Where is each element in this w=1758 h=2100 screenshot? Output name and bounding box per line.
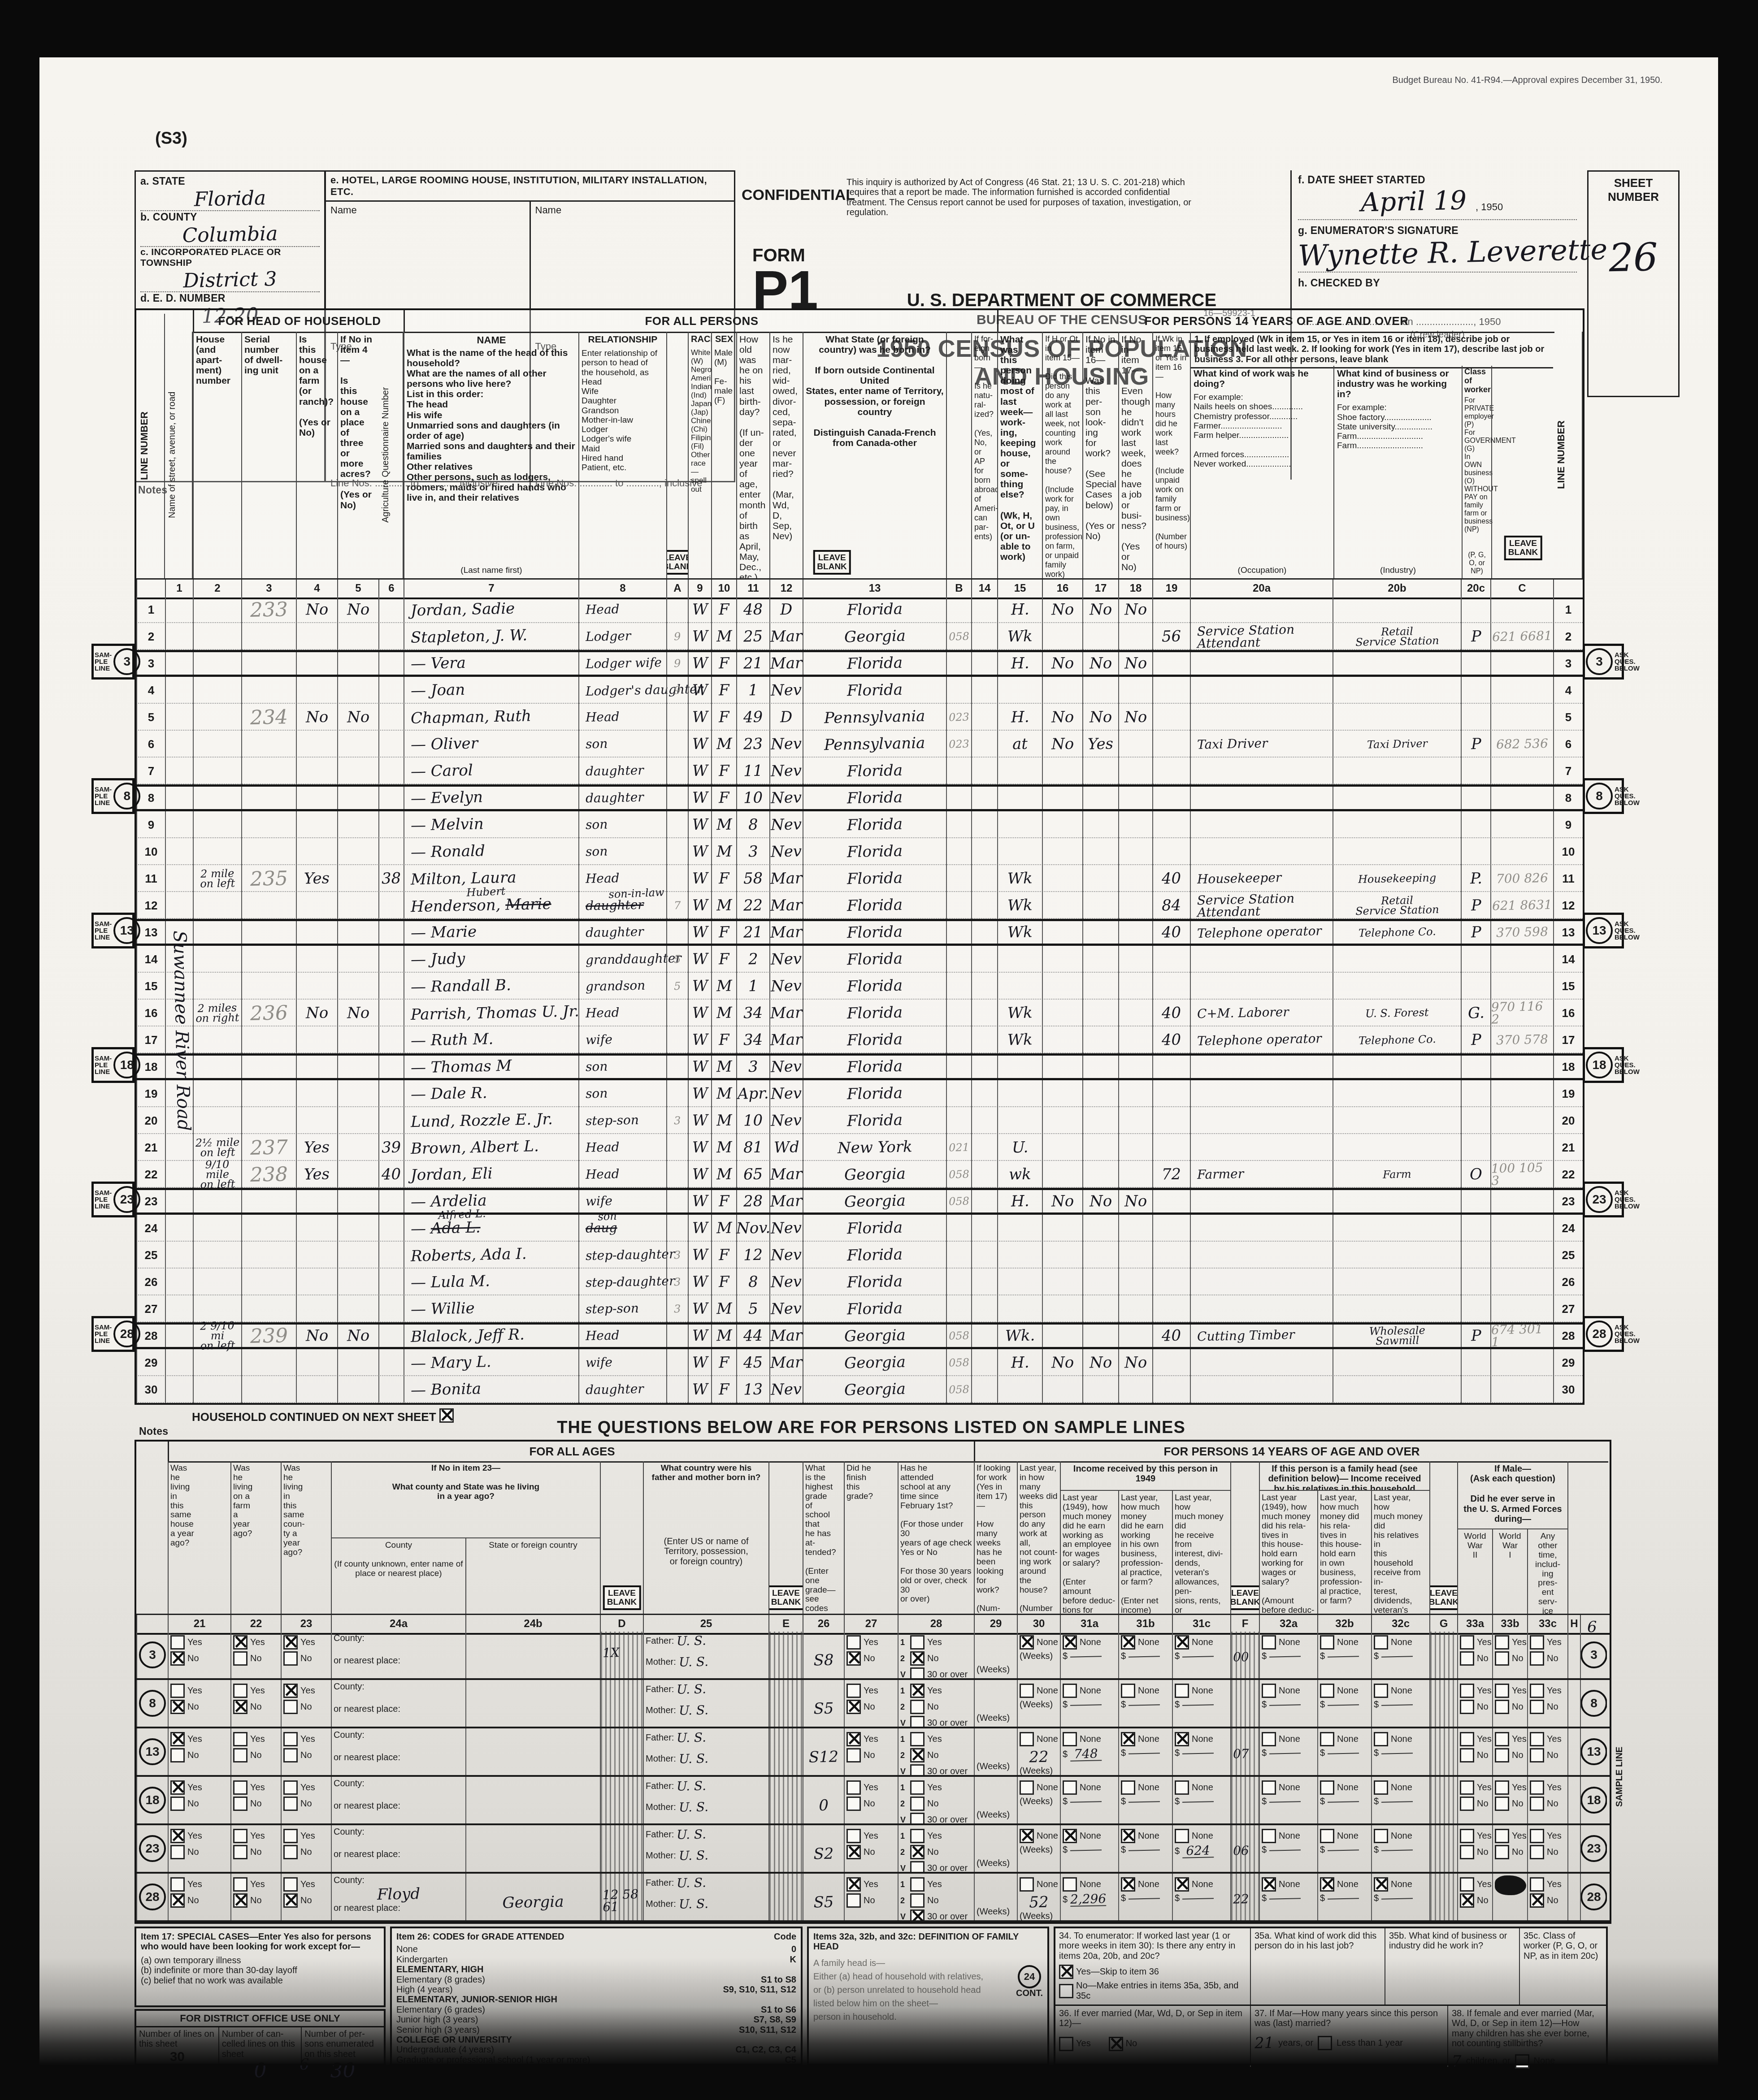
county-label: County: [334,1633,464,1643]
sample-col-f: LEAVE BLANK [1230,1461,1259,1614]
sample-row-number: 18 [1580,1787,1607,1814]
sample-cell-c28: 1Yes2NoV30 or over [898,1825,974,1872]
cell-nat [971,1269,997,1295]
checkbox-none [1175,1829,1189,1843]
checkbox-no [170,1893,185,1908]
nearest-label: or nearest place: [334,1849,464,1859]
column-number: 6 [378,580,404,598]
cell-w15: Wk [997,865,1042,892]
dollar-sign: $ [1374,1651,1379,1662]
cell-nat [971,811,997,838]
cell-w18: No [1118,704,1152,731]
option-no: 2No [900,1651,972,1666]
race-value: W [692,1246,708,1264]
sample-cell-c26: S12 [803,1728,844,1775]
option-yes: Yes [1460,1684,1490,1698]
cell-race: W [688,1190,711,1212]
option-yes: Yes [170,1732,229,1746]
sample-25-q: What country were his father and mother … [646,1464,767,1483]
district-office-box: FOR DISTRICT OFFICE USE ONLY Number of l… [135,2009,386,2065]
name-value: Roberts, Ada I. [411,1245,527,1265]
district-col-label: Number of per-sons enumerated on this sh… [304,2029,381,2059]
leave-blank-e: LEAVE BLANK [768,1585,803,1610]
cell-w18 [1118,1295,1152,1322]
sample-col-32c: Last year, how much money did his relati… [1371,1490,1429,1614]
serial-value: 234 [250,706,288,729]
option-no: No [233,1748,279,1762]
option-yes: Yes [283,1829,329,1843]
leave-blank-d-value: 1X [603,1646,642,1659]
table-row: 17— Ruth M.wifeWF34MarFloridaWk40Telepho… [136,1026,1583,1053]
table-row: 10— RonaldsonWM3NevFlorida10 [136,838,1583,865]
cell-mar: Nev [769,1376,803,1403]
option-label: No [187,1847,199,1858]
office-code: 970 116 2 [1491,1000,1553,1026]
county-label: County: [334,1682,464,1692]
dollar-sign: $ [1320,1651,1325,1662]
column-number: 1 [165,580,193,598]
cell-w16: No [1042,1190,1082,1212]
line-number-value: 28 [145,1329,158,1343]
cell-house [193,838,241,865]
money-line: $ [1262,1748,1315,1758]
w15-value: H. [1011,708,1029,727]
option-label: None [1391,1637,1412,1648]
cell-b: 021 [946,1134,971,1161]
dollar-sign: $ [1374,1748,1379,1758]
job-note: 1. If employed (Wk in item 15, or Yes in… [1191,332,1553,368]
option-none: None [1175,1780,1228,1795]
table-row: 26— Lula M.step-daughter3WF8NevFlorida26 [136,1269,1583,1295]
cell-hours: 56 [1152,623,1190,650]
option-prefix: 1 [900,1638,907,1647]
b-code: 023 [949,712,969,722]
cell-street [165,787,193,809]
cell-name: — Bonita [404,1376,578,1403]
mother-label: Mother: [646,1754,676,1764]
born-value: Georgia [844,1165,906,1184]
w17-value: No [1089,1353,1112,1372]
money-line: $ [1320,1845,1369,1855]
sample-column-number: 27 [844,1615,898,1633]
checkbox-yes [1460,1732,1474,1746]
option-no: No [1460,1893,1490,1908]
armed-forces-group: If Male— (Ask each question) Did he ever… [1460,1464,1566,1524]
race-value: W [692,1273,708,1291]
money-line: $2,296 [1063,1893,1116,1906]
option-no: No [1460,1748,1490,1762]
cell-lnr: 11 [1553,865,1583,892]
dollar-sign: $ [1175,1797,1180,1807]
option-label: Yes [1547,1686,1562,1696]
cell-w15 [997,1080,1042,1107]
ag-value: 39 [382,1139,401,1157]
cell-b: 058 [946,1325,971,1347]
option-yes: Yes [1460,1780,1490,1795]
cell-rel: son [578,731,666,758]
cell-farm [296,973,337,1000]
weeks-label: (Weeks) [977,1665,1015,1675]
checkbox-none [1121,1684,1135,1698]
mar-value: Mar [770,654,803,672]
option-label: Yes [927,1686,942,1696]
office-code: 700 826 [1496,872,1548,885]
cell-house: 2 9/10 mi on left [193,1325,241,1347]
cell-b: 058 [946,623,971,650]
age-value: 8 [748,1273,758,1291]
hours-value: 40 [1162,1004,1181,1022]
ed-label: d. E. D. NUMBER [140,292,320,304]
cell-house: 2 miles on right [193,1000,241,1026]
sample-row-number: 13 [139,1738,166,1765]
name-value: — Bonita [411,1380,482,1399]
grade-code-label: High (4 years) [396,1985,453,1995]
checkbox-no [1530,1700,1544,1714]
money-value [1381,1898,1413,1899]
sample-cell-c31a: None$2,296 [1060,1874,1118,1920]
money-value [1182,1704,1214,1706]
option-yes: Yes [846,1732,896,1746]
cell-cls [1461,1190,1490,1212]
option-label: Yes [187,1879,202,1890]
nearest-label: or nearest place: [334,1801,464,1811]
sample-cell-c29: (Weeks) [974,1680,1017,1727]
acres-value: No [347,1004,369,1022]
cell-w17 [1082,921,1118,944]
cell-farm: No [296,1000,337,1026]
cell-serial [241,652,296,675]
cell-lnr: 10 [1553,838,1583,865]
cell-w17 [1082,1107,1118,1134]
mar-value: Mar [770,1165,803,1183]
cell-hours: 40 [1152,1325,1190,1347]
col-line-number-right: LINE NUMBER [1553,332,1583,578]
line-number-value: 18 [145,1060,158,1074]
line-number-value: 6 [148,737,154,751]
cell-acres [337,677,378,704]
cell-nat [971,865,997,892]
grade-code-value: S7, S8, S9 [753,2015,796,2025]
cell-a: 9 [666,677,688,704]
checkbox-yes [170,1829,185,1843]
cell-b [946,973,971,1000]
cell-w16: No [1042,704,1082,731]
option-label: Yes [864,1783,878,1793]
line-number-value: 24 [1562,1221,1575,1235]
hours-value: 40 [1162,1327,1181,1345]
born-value: Florida [847,654,903,673]
grade-code-label: None [396,1944,418,1954]
column-number: 15 [997,580,1042,598]
race-value: W [692,1219,708,1238]
sample-cell-c27: YesNo [844,1680,898,1727]
cell-rel: son [578,1080,666,1107]
cell-mar: Wd [769,1134,803,1161]
age-value: 44 [743,1327,763,1345]
cell-w16 [1042,1134,1082,1161]
money-value [1269,1753,1301,1754]
sample-cell-g [1429,1728,1457,1775]
cell-hours [1152,946,1190,973]
checkbox-yes [846,1780,861,1795]
sample-row-number: 3 [1580,1641,1607,1668]
table-row: 6— OliversonWM23NevPennsylvania023atNoYe… [136,731,1583,758]
line-number-value: 1 [148,603,154,617]
table-row: 9— MelvinsonWM8NevFlorida9 [136,811,1583,838]
cell-code: 370 578 [1490,1026,1553,1053]
cell-serial [241,1026,296,1053]
sample-cell-f: 00 [1230,1632,1259,1678]
option-none: None [1374,1829,1428,1843]
mother-row: Mother:U. S. [646,1656,767,1668]
cell-w16 [1042,677,1082,704]
sample-badge-number: 13 [113,917,140,944]
option-label: None [1391,1879,1412,1890]
checkbox-yes [1495,1732,1509,1746]
cell-race: W [688,1215,711,1242]
w18-value: No [1124,654,1147,672]
option-label: No [187,1896,199,1906]
cell-acres [337,1056,378,1078]
sample-line-badge-left: SAM- PLE LINE3 [91,644,135,680]
cell-age: Apr. [736,1080,769,1107]
cell-serial [241,758,296,784]
cell-hours: 40 [1152,865,1190,892]
option-label: None [1279,1637,1300,1648]
farm-value: Yes [304,1138,330,1156]
cell-sex: F [711,596,736,623]
cell-a: 5 [666,973,688,1000]
checkbox-30 [910,1861,925,1872]
option-none: None [1121,1829,1170,1843]
option-yes: Yes [1495,1684,1525,1698]
age-value: 58 [743,870,763,888]
b-code: 058 [949,1330,969,1341]
nearest-label: or nearest place: [334,1903,464,1913]
sample-column-number: E [768,1615,803,1633]
cell-acres [337,758,378,784]
cell-w17: No [1082,596,1118,623]
serial-value: 236 [250,1001,288,1025]
cell-lnr: 6 [1553,731,1583,758]
sample-column-number: D [600,1615,643,1633]
cell-w16 [1042,1269,1082,1295]
age-value: 3 [748,843,758,861]
sample-cell-c33b: YesNo [1492,1777,1527,1823]
checkbox-none [1262,1877,1276,1892]
checkbox-yes [233,1780,247,1795]
hours-value: 72 [1162,1165,1181,1184]
race-value: W [692,843,708,861]
option-none: None [1320,1684,1369,1698]
family-head-def-line: A family head is— [813,1957,1043,1970]
office-code: 370 578 [1496,1033,1548,1046]
sample-cell-c21: YesNo [168,1825,230,1872]
sample-row-number: 28 [139,1884,166,1910]
cell-age: 45 [736,1349,769,1376]
dept-title: U. S. DEPARTMENT OF COMMERCE [869,290,1254,311]
hours-value: 84 [1162,896,1181,915]
cell-code [1490,1269,1553,1295]
cell-house [193,1215,241,1242]
option-label: None [1337,1831,1359,1841]
cell-occ [1190,1056,1333,1078]
option-label: Yes [1547,1831,1562,1841]
mother-label: Mother: [646,1851,676,1861]
office-code: 621 6681 [1492,630,1552,643]
money-line: $ [1320,1748,1369,1758]
born-value: Florida [847,1299,903,1319]
option-label: No [927,1702,939,1712]
option-prefix: 1 [900,1783,907,1793]
col-acres: If No in item 4— Is this house on a plac… [337,332,378,578]
dollar-sign: $ [1374,1700,1379,1710]
cell-ag [378,1000,404,1026]
cell-nat [971,1190,997,1212]
column-number: 7 [404,580,578,598]
rel-value: daughterson-in-law [586,899,644,912]
hours-value: 56 [1162,628,1181,646]
cell-w18 [1118,838,1152,865]
cell-ln: 23 [136,1190,165,1212]
option-none: None [1121,1684,1170,1698]
column-number: 8 [578,580,666,598]
option-yes: Yes [846,1780,896,1795]
checkbox-none [1121,1829,1135,1843]
name-value: — Judy [411,950,465,969]
office-code: 682 536 [1496,737,1548,750]
checkbox-no [283,1651,298,1666]
cell-race: W [688,1295,711,1322]
rel-value: son [586,1061,608,1073]
option-yes: Yes [1495,1780,1525,1795]
race-value: W [692,1058,708,1076]
column-number: 5 [337,580,378,598]
cell-cls [1461,677,1490,704]
grade-code-label: Senior high (3 years) [396,2025,480,2035]
checkbox-no [170,1845,185,1859]
sample-col-27: Did he finish this grade? [844,1461,898,1614]
mother-row: Mother:U. S. [646,1898,767,1910]
born-value: Florida [847,1219,903,1238]
cell-nat [971,677,997,704]
checkbox-yes [910,1780,925,1795]
option-yes: Yes [1495,1635,1525,1650]
mar-value: Nev [771,1057,802,1076]
sample-cell-c32a: None$ [1259,1874,1317,1920]
sample-column-number [1580,1615,1607,1633]
col-race: RACE White (W) Negro(Neg) American India… [688,332,711,578]
option-label: Yes [187,1637,202,1648]
cell-ag [378,1107,404,1134]
cell-cls: P [1461,1026,1490,1053]
option-label: None [1279,1686,1300,1696]
option-yes: Yes [233,1635,279,1650]
item-35a: 35a. What kind of work did this person d… [1251,1928,1385,2005]
sample-line-badge-left: SAM- PLE LINE8 [91,778,135,814]
sex-value: F [719,1031,729,1049]
hotel-label: e. HOTEL, LARGE ROOMING HOUSE, INSTITUTI… [326,172,734,202]
w15-value: Wk [1007,896,1033,914]
sample-col-25: What country were his father and mother … [643,1461,768,1614]
option-label: None [1080,1637,1101,1648]
cell-ind [1333,811,1461,838]
cell-ag [378,787,404,809]
sample-cell-c26: S2 [803,1825,844,1872]
option-label: No [300,1799,312,1809]
cell-age: 34 [736,1026,769,1053]
money-value [1381,1704,1413,1706]
sample-column-number: 24b [465,1615,600,1633]
checkbox-none [1374,1684,1388,1698]
cell-race: W [688,704,711,731]
cell-nat [971,623,997,650]
industry-value: U. S. Forest [1365,1007,1429,1018]
mar-value: Nev [771,1246,802,1264]
cell-sex: F [711,865,736,892]
column-number: 12 [769,580,803,598]
checkbox-yes [1530,1829,1544,1843]
cell-ln: 8 [136,787,165,809]
cell-serial [241,811,296,838]
sample-col-24a: County (If county unknown, enter name of… [331,1537,465,1614]
w15-value: H. [1011,654,1029,673]
option-no: No [846,1845,896,1859]
cell-born: Pennsylvania [803,731,946,758]
cell-cls [1461,1134,1490,1161]
sample-cell-c24a: County:or nearest place: [331,1632,465,1678]
cell-w18 [1118,892,1152,919]
name-value: Jordan, Sadie [411,600,515,620]
cell-sex: M [711,1215,736,1242]
checkbox-none [1063,1829,1077,1843]
sample-badge-number: 8 [1586,783,1613,810]
col-naturalized: If for- eign born— Is he natu- ral- ized… [971,332,997,578]
line-number-value: 11 [145,872,157,886]
age-value: 1 [748,977,758,995]
cell-name: — Carol [404,758,578,784]
cell-house [193,1295,241,1322]
option-prefix: V [900,1670,907,1679]
cell-race: W [688,1376,711,1403]
father-label: Father: [646,1781,674,1791]
cell-ag [378,1242,404,1269]
option-none: None [1175,1635,1228,1650]
money-line: $ [1121,1700,1170,1710]
option-none: None [1262,1635,1315,1650]
cell-code [1490,596,1553,623]
checkbox-no [1460,1797,1474,1811]
cell-w15: Wk [997,623,1042,650]
cell-code [1490,1056,1553,1078]
cell-b [946,758,971,784]
name-value: — Ronald [411,842,485,861]
cell-sex: M [711,1295,736,1322]
checkbox-none [1020,1877,1034,1892]
cell-nat [971,1107,997,1134]
state-label: a. STATE [140,175,320,187]
option-label: No [1512,1750,1524,1761]
cell-born: Florida [803,758,946,784]
mar-value: Nev [771,1084,802,1103]
sample-cell-b2: 18 [1580,1777,1607,1823]
line-number-value: 13 [1562,926,1575,940]
money-value [1070,1656,1102,1657]
option-label: None [1192,1686,1213,1696]
dollar-sign: $ [1320,1700,1325,1710]
name-value: Lund, Rozzle E. Jr. [411,1110,553,1131]
checkbox-none [1121,1732,1135,1746]
